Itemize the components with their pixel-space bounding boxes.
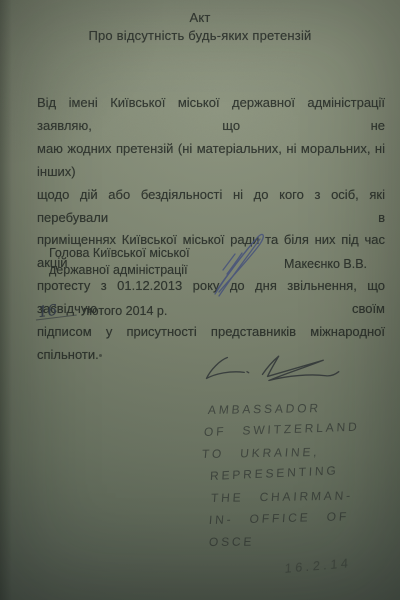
handwritten-day: 16	[34, 301, 77, 321]
ambassador-signature-black-ink	[193, 340, 360, 397]
signer-name: Макеєнко В.В.	[284, 257, 367, 271]
handwritten-line: OSCE	[208, 534, 359, 549]
document-title-block: Акт Про відсутність будь-яких претензій	[0, 9, 400, 44]
date-text: лютого 2014 р.	[82, 304, 167, 318]
document-subtitle: Про відсутність будь-яких претензій	[0, 27, 400, 45]
handwritten-line: OF SWITZERLAND	[204, 420, 360, 439]
handwritten-line: REPRESENTING	[210, 462, 360, 482]
signer-title-line1: Голова Київської міської	[49, 245, 190, 262]
official-signature-blue-ink	[205, 226, 275, 304]
handwritten-line: AMBASSADOR	[207, 400, 360, 417]
handwritten-line: IN- OFFICE OF	[208, 509, 360, 527]
handwritten-line: TO UKRAINE,	[201, 444, 360, 461]
body-line: маю жодних претензій (ні матеріальних, н…	[37, 138, 385, 184]
ambassador-role-block: AMBASSADOR OF SWITZERLAND TO UKRAINE, RE…	[204, 403, 359, 557]
handwritten-line: THE CHAIRMAN-	[211, 488, 360, 505]
date-line: 16лютого 2014 р.	[35, 303, 167, 318]
signer-title-line2: державної адміністрації	[49, 262, 190, 279]
body-line: Від імені Київської міської державної ад…	[37, 92, 385, 138]
body-line: щодо дій або бездіяльності ні до кого з …	[37, 184, 385, 230]
document-title: Акт	[0, 9, 400, 27]
document-photo: Акт Про відсутність будь-яких претензій …	[0, 0, 400, 600]
paper-speck	[99, 354, 102, 357]
signer-title: Голова Київської міської державної адмін…	[49, 245, 190, 278]
